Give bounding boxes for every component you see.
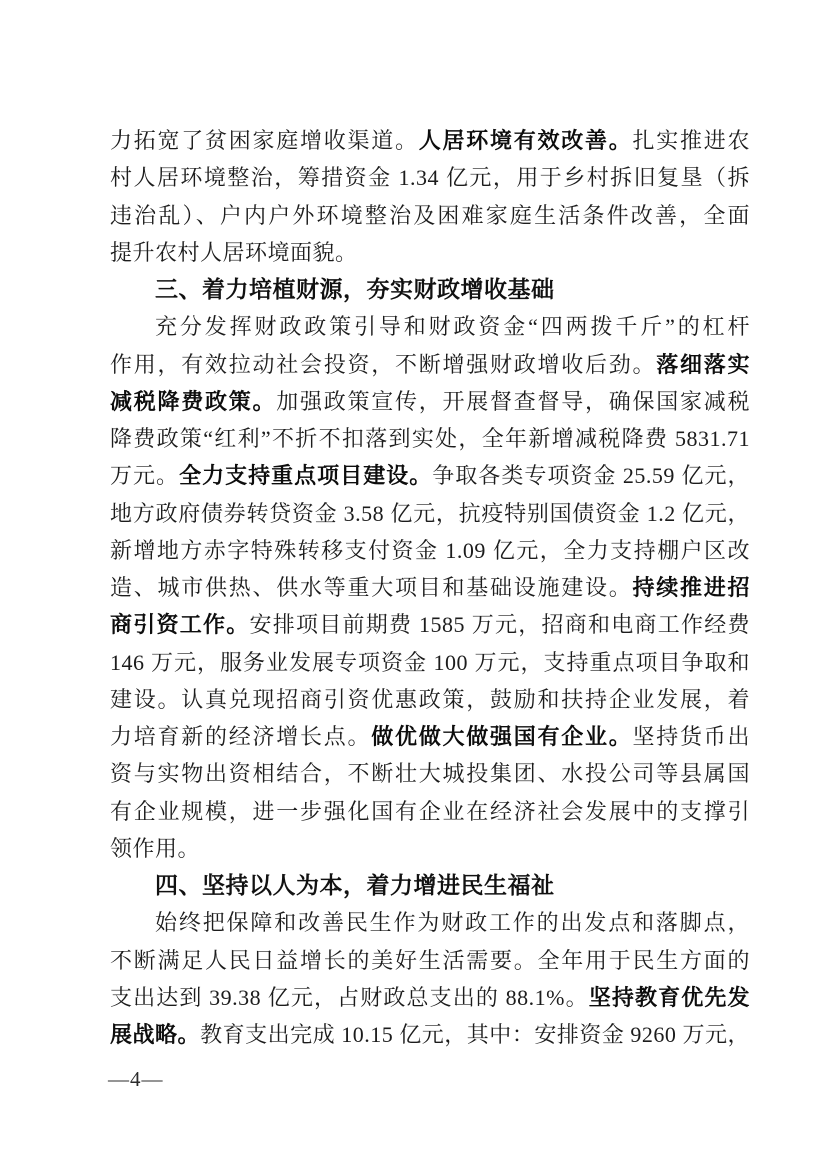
text-line: 力拓宽了贫困家庭增收渠道。人居环境有效改善。扎实推进农 — [110, 122, 750, 159]
text-run: 村人居环境整治，筹措资金 1.34 亿元，用于乡村拆旧复垦（拆 — [110, 165, 750, 190]
bold-text-run: 落细落实 — [656, 352, 750, 377]
bold-text-run: 展战略。 — [110, 1022, 200, 1047]
text-run: 加强政策宣传，开展督查督导，确保国家减税 — [276, 389, 750, 414]
text-line: 展战略。教育支出完成 10.15 亿元，其中：安排资金 9260 万元， — [110, 1016, 750, 1053]
text-line: 资与实物出资相结合，不断壮大城投集团、水投公司等县属国 — [110, 755, 750, 792]
page-number: —4— — [108, 1066, 164, 1092]
section-heading: 三、着力培植财源，夯实财政增收基础 — [110, 271, 750, 308]
text-line: 建设。认真兑现招商引资优惠政策，鼓励和扶持企业发展，着 — [110, 681, 750, 718]
text-line: 领作用。 — [110, 830, 750, 867]
bold-text-run: 减税降费政策。 — [110, 389, 276, 414]
text-line: 造、城市供热、供水等重大项目和基础设施建设。持续推进招 — [110, 569, 750, 606]
text-run: 始终把保障和改善民生作为财政工作的出发点和落脚点， — [155, 910, 750, 935]
text-run: 万元。 — [110, 463, 179, 488]
text-run: 新增地方赤字特殊转移支付资金 1.09 亿元，全力支持棚户区改 — [110, 538, 750, 563]
bold-text-run: 三、着力培植财源，夯实财政增收基础 — [155, 276, 555, 302]
text-line: 作用，有效拉动社会投资，不断增强财政增收后劲。落细落实 — [110, 346, 750, 383]
text-line: 始终把保障和改善民生作为财政工作的出发点和落脚点， — [110, 904, 750, 941]
text-run: 地方政府债券转贷资金 3.58 亿元，抗疫特别国债资金 1.2 亿元， — [110, 501, 750, 526]
text-line: 提升农村人居环境面貌。 — [110, 234, 750, 271]
bold-text-run: 做优做大做强国有企业。 — [371, 724, 632, 749]
document-body: 力拓宽了贫困家庭增收渠道。人居环境有效改善。扎实推进农村人居环境整治，筹措资金 … — [110, 122, 750, 1053]
text-run: 充分发挥财政政策引导和财政资金“四两拨千斤”的杠杆 — [155, 314, 750, 339]
text-run: 不断满足人民日益增长的美好生活需要。全年用于民生方面的 — [110, 948, 750, 973]
text-run: 教育支出完成 10.15 亿元，其中：安排资金 9260 万元， — [200, 1022, 750, 1047]
text-run: 安排项目前期费 1585 万元，招商和电商工作经费 — [250, 612, 750, 637]
text-run: 争取各类专项资金 25.59 亿元， — [432, 463, 750, 488]
text-run: 坚持货币出 — [632, 724, 750, 749]
bold-text-run: 商引资工作。 — [110, 612, 250, 637]
section-heading: 四、坚持以人为本，着力增进民生福祉 — [110, 867, 750, 904]
text-run: 力培育新的经济增长点。 — [110, 724, 371, 749]
text-line: 降费政策“红利”不折不扣落到实处，全年新增减税降费 5831.71 — [110, 420, 750, 457]
text-line: 减税降费政策。加强政策宣传，开展督查督导，确保国家减税 — [110, 383, 750, 420]
document-page: 力拓宽了贫困家庭增收渠道。人居环境有效改善。扎实推进农村人居环境整治，筹措资金 … — [0, 0, 827, 1169]
text-line: 违治乱）、户内户外环境整治及困难家庭生活条件改善，全面 — [110, 197, 750, 234]
bold-text-run: 人居环境有效改善。 — [419, 128, 633, 153]
text-run: 违治乱）、户内户外环境整治及困难家庭生活条件改善，全面 — [110, 203, 750, 228]
text-line: 新增地方赤字特殊转移支付资金 1.09 亿元，全力支持棚户区改 — [110, 532, 750, 569]
text-line: 万元。全力支持重点项目建设。争取各类专项资金 25.59 亿元， — [110, 457, 750, 494]
text-run: 造、城市供热、供水等重大项目和基础设施建设。 — [110, 575, 632, 600]
bold-text-run: 四、坚持以人为本，着力增进民生福祉 — [155, 872, 555, 898]
text-line: 充分发挥财政政策引导和财政资金“四两拨千斤”的杠杆 — [110, 308, 750, 345]
text-run: 资与实物出资相结合，不断壮大城投集团、水投公司等县属国 — [110, 761, 750, 786]
text-run: 有企业规模，进一步强化国有企业在经济社会发展中的支撑引 — [110, 799, 750, 824]
text-line: 村人居环境整治，筹措资金 1.34 亿元，用于乡村拆旧复垦（拆 — [110, 159, 750, 196]
text-run: 领作用。 — [110, 836, 200, 861]
text-line: 有企业规模，进一步强化国有企业在经济社会发展中的支撑引 — [110, 793, 750, 830]
text-line: 不断满足人民日益增长的美好生活需要。全年用于民生方面的 — [110, 942, 750, 979]
bold-text-run: 持续推进招 — [632, 575, 750, 600]
text-run: 作用，有效拉动社会投资，不断增强财政增收后劲。 — [110, 352, 656, 377]
text-line: 商引资工作。安排项目前期费 1585 万元，招商和电商工作经费 — [110, 606, 750, 643]
text-line: 146 万元，服务业发展专项资金 100 万元，支持重点项目争取和 — [110, 644, 750, 681]
bold-text-run: 全力支持重点项目建设。 — [179, 463, 432, 488]
text-line: 地方政府债券转贷资金 3.58 亿元，抗疫特别国债资金 1.2 亿元， — [110, 495, 750, 532]
text-run: 降费政策“红利”不折不扣落到实处，全年新增减税降费 5831.71 — [110, 426, 750, 451]
text-line: 支出达到 39.38 亿元，占财政总支出的 88.1%。坚持教育优先发 — [110, 979, 750, 1016]
text-run: 力拓宽了贫困家庭增收渠道。 — [110, 128, 419, 153]
text-run: 扎实推进农 — [632, 128, 750, 153]
text-run: 建设。认真兑现招商引资优惠政策，鼓励和扶持企业发展，着 — [110, 687, 750, 712]
text-run: 支出达到 39.38 亿元，占财政总支出的 88.1%。 — [110, 985, 589, 1010]
text-run: 146 万元，服务业发展专项资金 100 万元，支持重点项目争取和 — [110, 650, 750, 675]
text-run: 提升农村人居环境面貌。 — [110, 240, 358, 265]
bold-text-run: 坚持教育优先发 — [589, 985, 750, 1010]
text-line: 力培育新的经济增长点。做优做大做强国有企业。坚持货币出 — [110, 718, 750, 755]
